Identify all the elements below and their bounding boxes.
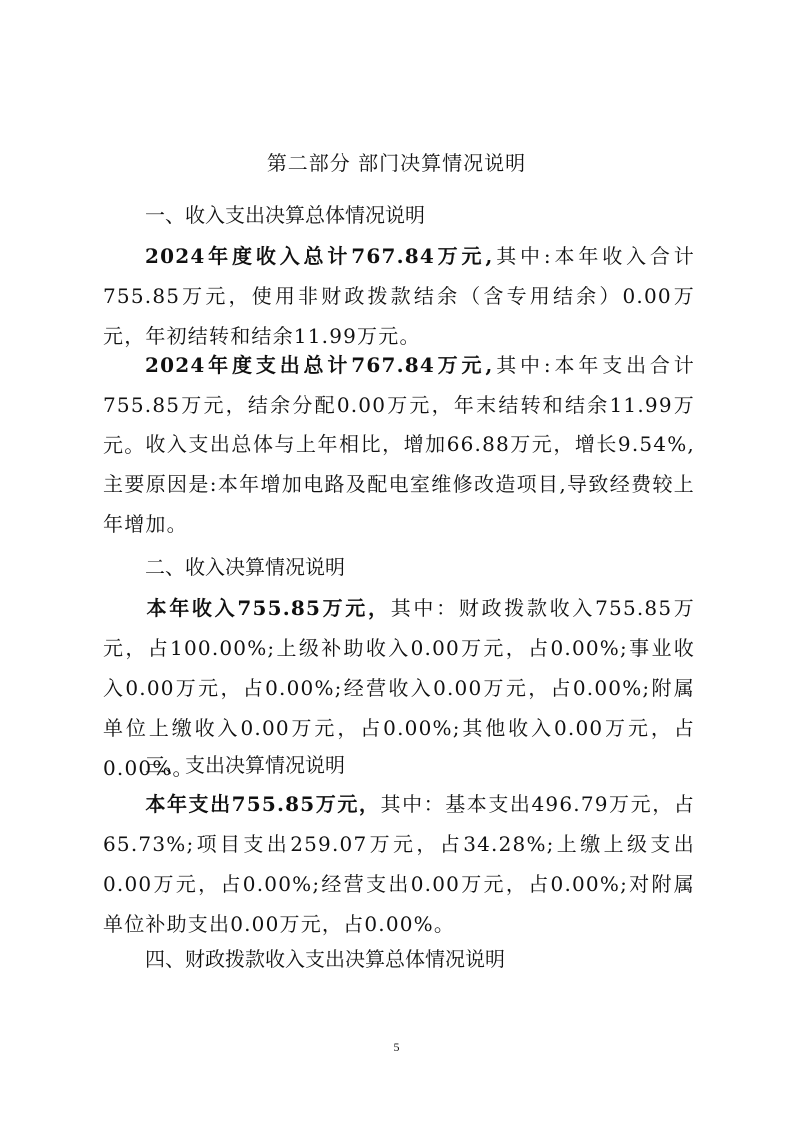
- bold-lead: 本年支出755.85万元，: [145, 792, 381, 816]
- bold-lead: 本年收入755.85万元，: [145, 596, 391, 620]
- page-number: 5: [0, 1040, 793, 1055]
- paragraph-income-total: 2024年度收入总计767.84万元,其中:本年收入合计755.85万元，使用非…: [103, 236, 695, 356]
- paragraph-text: 收入支出总体与上年相比，增加66.88万元，增长9.54%,主要原因是:本年增加…: [103, 432, 695, 536]
- paragraph-year-comparison: 收入支出总体与上年相比，增加66.88万元，增长9.54%,主要原因是:本年增加…: [103, 424, 695, 544]
- paragraph-expense-detail: 本年支出755.85万元，其中：基本支出496.79万元，占65.73%;项目支…: [103, 784, 695, 944]
- section-heading-2: 二、收入决算情况说明: [145, 551, 345, 580]
- page-title: 第二部分 部门决算情况说明: [0, 147, 793, 176]
- section-heading-4: 四、财政拨款收入支出决算总体情况说明: [145, 943, 505, 972]
- bold-lead: 2024年度收入总计767.84万元,: [145, 244, 494, 268]
- document-page: 第二部分 部门决算情况说明 一、收入支出决算总体情况说明 2024年度收入总计7…: [0, 0, 793, 1122]
- section-heading-1: 一、收入支出决算总体情况说明: [145, 199, 425, 228]
- section-heading-3: 三、支出决算情况说明: [145, 749, 345, 778]
- bold-lead: 2024年度支出总计767.84万元,: [145, 353, 494, 377]
